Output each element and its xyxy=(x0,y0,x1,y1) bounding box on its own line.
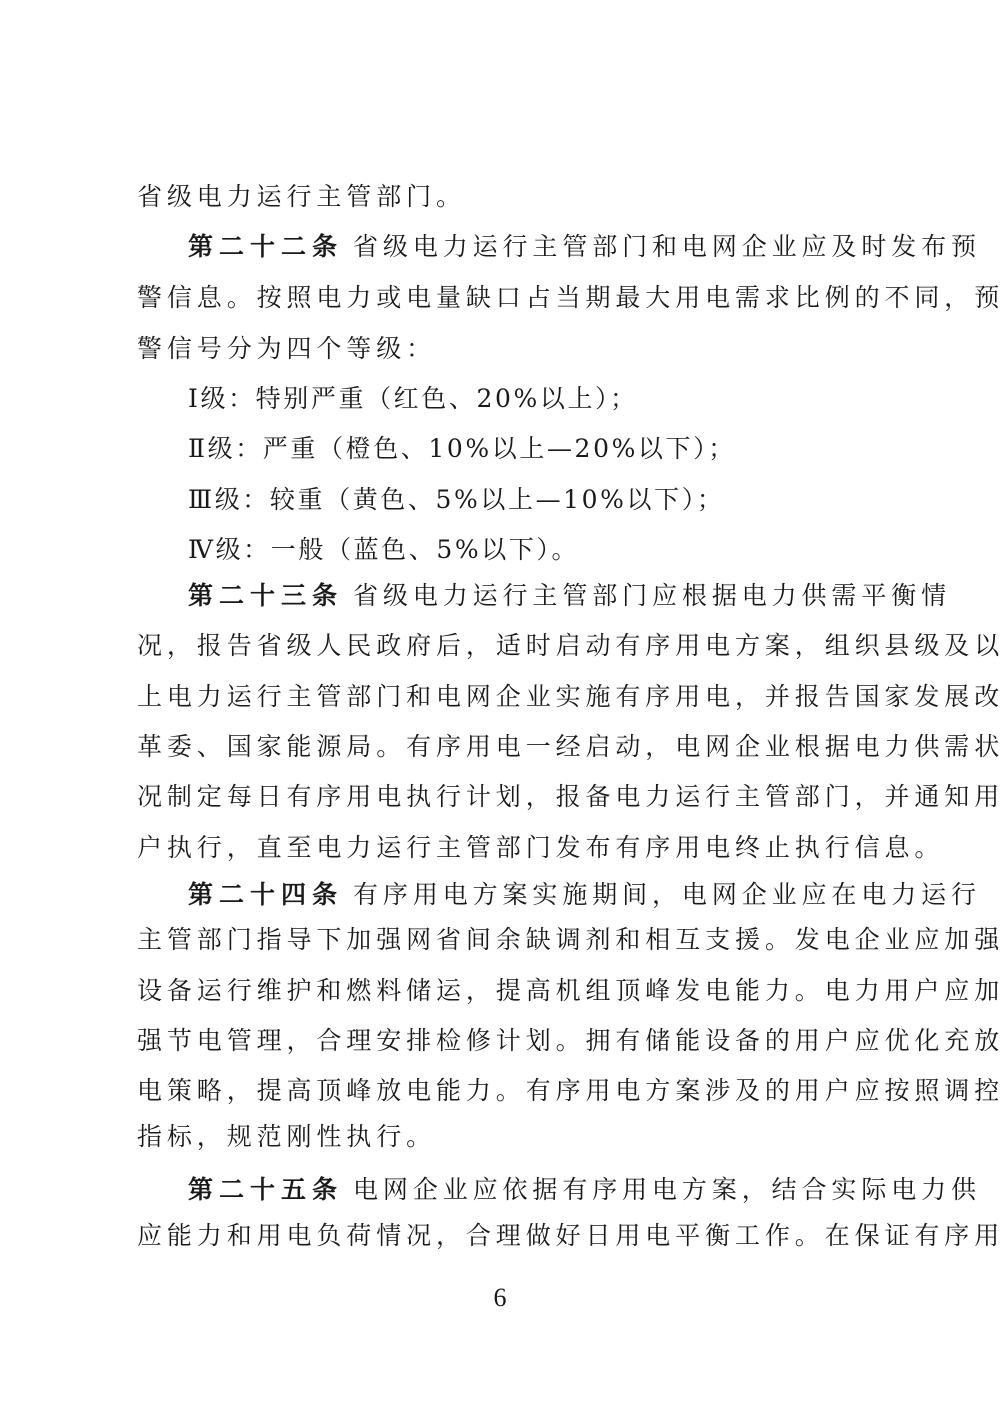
article-25-heading-line: 第二十五条电网企业应依据有序用电方案，结合实际电力供 xyxy=(188,1175,865,1205)
article-number: 第二十四条 xyxy=(188,880,343,909)
text-line: 警信息。按照电力或电量缺口占当期最大用电需求比例的不同，预 xyxy=(137,283,865,313)
text-line: 警信号分为四个等级： xyxy=(137,334,865,364)
text-line: 户执行，直至电力运行主管部门发布有序用电终止执行信息。 xyxy=(137,833,865,863)
text-line: 上电力运行主管部门和电网企业实施有序用电，并报告国家发展改 xyxy=(137,682,865,712)
text-line: 电策略，提高顶峰放电能力。有序用电方案涉及的用户应按照调控 xyxy=(137,1076,865,1106)
article-number: 第二十二条 xyxy=(188,232,343,261)
text-line: 设备运行维护和燃料储运，提高机组顶峰发电能力。电力用户应加 xyxy=(137,976,865,1006)
article-23-heading-line: 第二十三条省级电力运行主管部门应根据电力供需平衡情 xyxy=(188,581,865,611)
text-line: 强节电管理，合理安排检修计划。拥有储能设备的用户应优化充放 xyxy=(137,1026,865,1056)
warning-level-1: Ⅰ级：特别严重（红色、20%以上）； xyxy=(188,384,916,414)
page-number: 6 xyxy=(0,1283,1000,1313)
article-number: 第二十三条 xyxy=(188,581,343,610)
article-number: 第二十五条 xyxy=(188,1175,343,1204)
text-line: 省级电力运行主管部门。 xyxy=(137,182,865,212)
text-line: 指标，规范刚性执行。 xyxy=(137,1122,865,1152)
warning-level-4: Ⅳ级：一般（蓝色、5%以下）。 xyxy=(188,535,916,565)
text-line: 况，报告省级人民政府后，适时启动有序用电方案，组织县级及以 xyxy=(137,631,865,661)
text-line: 应能力和用电负荷情况，合理做好日用电平衡工作。在保证有序用 xyxy=(137,1221,865,1251)
article-24-heading-line: 第二十四条有序用电方案实施期间，电网企业应在电力运行 xyxy=(188,880,865,910)
warning-level-3: Ⅲ级：较重（黄色、5%以上—10%以下）； xyxy=(188,485,916,515)
text-line: 革委、国家能源局。有序用电一经启动，电网企业根据电力供需状 xyxy=(137,732,865,762)
warning-level-2: Ⅱ级：严重（橙色、10%以上—20%以下）； xyxy=(188,434,916,464)
text-line: 主管部门指导下加强网省间余缺调剂和相互支援。发电企业应加强 xyxy=(137,925,865,955)
article-22-heading-line: 第二十二条省级电力运行主管部门和电网企业应及时发布预 xyxy=(188,232,865,262)
text-line: 况制定每日有序用电执行计划，报备电力运行主管部门，并通知用 xyxy=(137,782,865,812)
document-page: 省级电力运行主管部门。 第二十二条省级电力运行主管部门和电网企业应及时发布预 警… xyxy=(0,0,1000,1414)
